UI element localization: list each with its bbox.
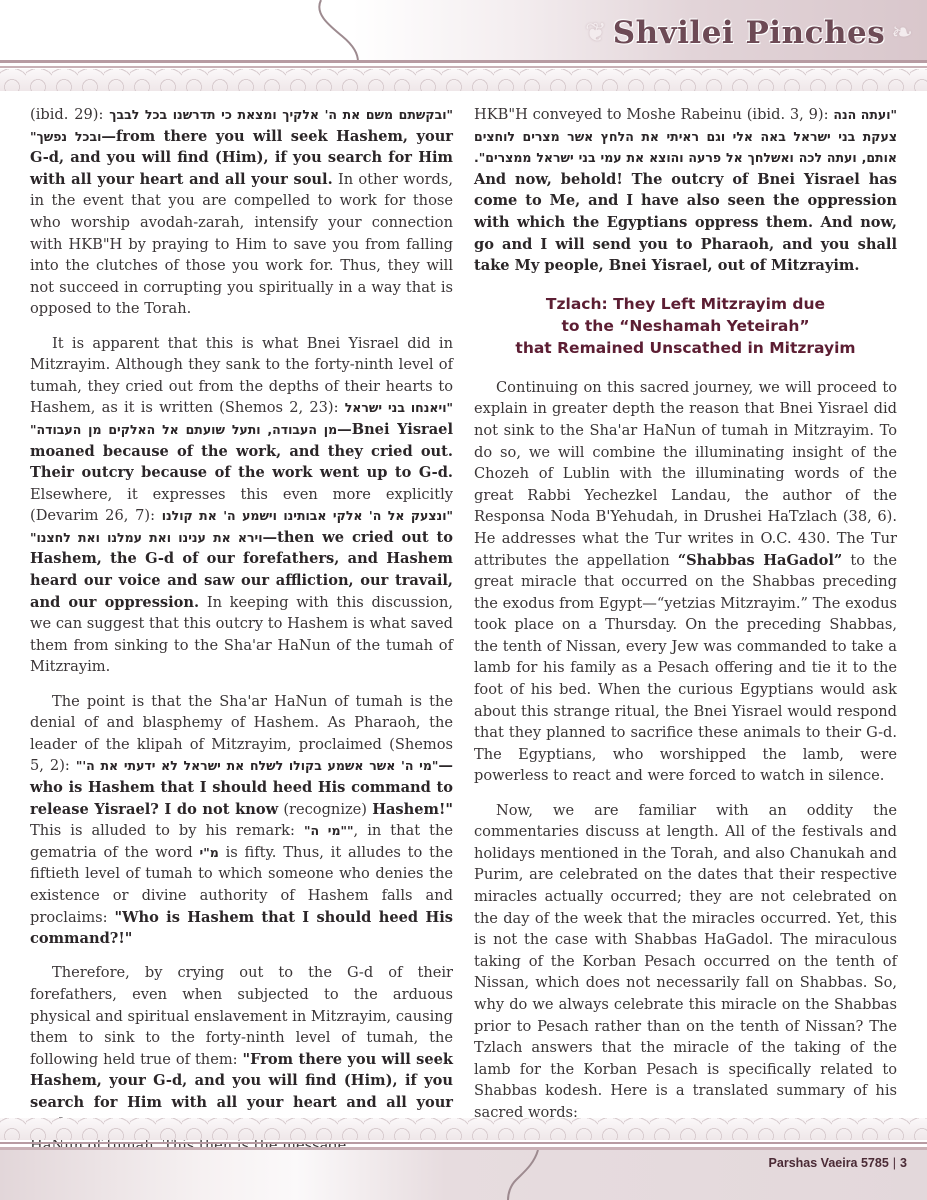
body-text: (recognize) xyxy=(283,801,367,818)
parsha-name: Parshas Vaeira 5785 xyxy=(769,1156,889,1170)
footer-divider-curve xyxy=(500,1150,550,1200)
header-divider-curve xyxy=(310,0,370,64)
hebrew-word: מ"י xyxy=(200,845,219,860)
right-column: HKB"H conveyed to Moshe Rabeinu (ibid. 3… xyxy=(474,104,897,1136)
body-text: In other words, in the event that you ar… xyxy=(30,171,453,318)
citation: (ibid. 29): xyxy=(30,106,103,123)
hebrew-quote: ""מי ה" xyxy=(304,823,354,838)
body-text: HKB"H conveyed to Moshe Rabeinu (ibid. 3… xyxy=(474,106,829,123)
header-rule xyxy=(0,66,927,68)
page-header: ❦ Shvilei Pinches ❧ xyxy=(0,0,927,96)
bold-term: “Shabbas HaGadol” xyxy=(678,552,843,569)
bold-translation: And now, behold! The outcry of Bnei Yisr… xyxy=(474,171,897,274)
page-number: 3 xyxy=(900,1156,907,1170)
paragraph: The point is that the Sha'ar HaNun of tu… xyxy=(30,691,453,950)
body-text: Continuing on this sacred journey, we wi… xyxy=(474,379,897,569)
page-footer: Parshas Vaeira 5785|3 xyxy=(0,1118,927,1200)
ornament-swirl-icon: ❦ xyxy=(585,18,607,48)
ornamental-border-top xyxy=(0,69,927,91)
footer-rule xyxy=(0,1142,927,1144)
body-text: to the great miracle that occurred on th… xyxy=(474,552,897,785)
separator: | xyxy=(893,1156,896,1170)
page-label: Parshas Vaeira 5785|3 xyxy=(769,1156,907,1170)
body-text: Now, we are familiar with an oddity the … xyxy=(474,802,897,1121)
bold-translation: Hashem!" xyxy=(372,801,453,818)
section-heading-line: to the “Neshamah Yeteirah” xyxy=(474,315,897,337)
publication-title-block: ❦ Shvilei Pinches ❧ xyxy=(585,10,913,56)
section-heading-line: that Remained Unscathed in Mitzrayim xyxy=(474,337,897,359)
paragraph: Continuing on this sacred journey, we wi… xyxy=(474,377,897,787)
paragraph: HKB"H conveyed to Moshe Rabeinu (ibid. 3… xyxy=(474,104,897,277)
section-heading-line: Tzlach: They Left Mitzrayim due xyxy=(474,293,897,315)
section-heading: Tzlach: They Left Mitzrayim due to the “… xyxy=(474,293,897,359)
paragraph: (ibid. 29): "ובקשתם משם את ה' אלקיך ומצא… xyxy=(30,104,453,320)
header-rule xyxy=(0,60,927,63)
hebrew-quote: "מי ה' אשר אשמע בקולו לשלח את ישראל לא י… xyxy=(76,758,439,773)
body-text: This is alluded to by his remark: xyxy=(30,822,295,839)
left-column: (ibid. 29): "ובקשתם משם את ה' אלקיך ומצא… xyxy=(30,104,453,1169)
ornament-swirl-icon: ❧ xyxy=(891,18,913,48)
publication-title: Shvilei Pinches xyxy=(613,15,886,51)
ornamental-border-bottom xyxy=(0,1118,927,1140)
paragraph: Now, we are familiar with an oddity the … xyxy=(474,800,897,1124)
paragraph: It is apparent that this is what Bnei Yi… xyxy=(30,333,453,679)
